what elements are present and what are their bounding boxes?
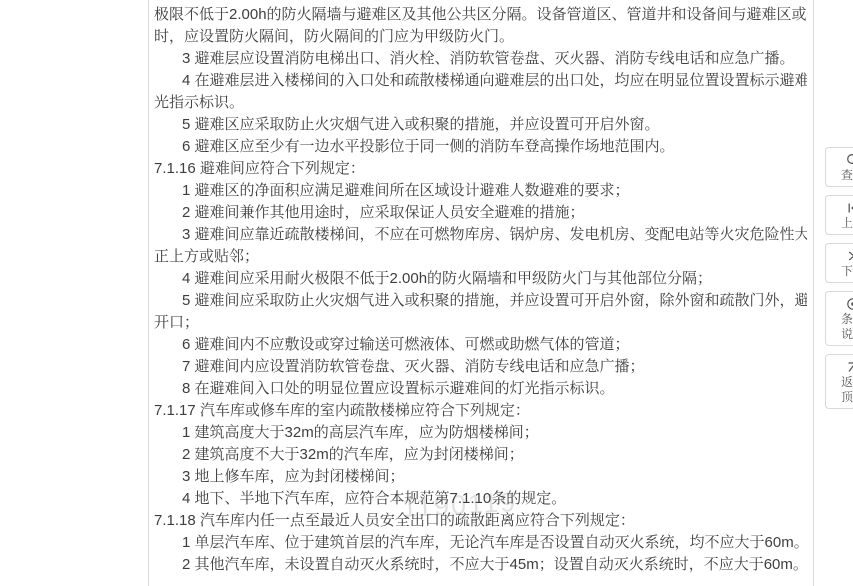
document-line: 正上方或贴邻； [154, 246, 807, 268]
document-line: 极限不低于2.00h的防火隔墙与避难区及其他公共区分隔。设备管道区、管道井和设备… [154, 4, 807, 26]
previous-section-icon [846, 201, 853, 215]
document-line: 4 地下、半地下汽车库，应符合本规范第7.1.10条的规定。 [154, 488, 807, 510]
document-line: 4 避难间应采用耐火极限不低于2.00h的防火隔墙和甲级防火门与其他部位分隔； [154, 268, 807, 290]
back-to-top-button-label-line2: 顶部 [841, 390, 853, 404]
article-notes-button-label-line2: 说明 [841, 327, 853, 341]
document-line: 2 其他汽车库，未设置自动灭火系统时，不应大于45m；设置自动灭火系统时，不应大… [154, 554, 807, 576]
document-line: 7.1.18 汽车库内任一点至最近人员安全出口的疏散距离应符合下列规定： [154, 510, 807, 532]
document-line: 7.1.16 避难间应符合下列规定： [154, 158, 807, 180]
article-notes-button-label-line1: 条文 [841, 312, 853, 326]
document-line: 1 建筑高度大于32m的高层汽车库，应为防烟楼梯间； [154, 422, 807, 444]
back-to-top-icon [846, 360, 853, 374]
back-to-top-button-label-line1: 返回 [841, 375, 853, 389]
eye-icon [846, 297, 853, 311]
document-line: 6 避难间内不应敷设或穿过输送可燃液体、可燃或助燃气体的管道； [154, 334, 807, 356]
document-line: 3 避难层应设置消防电梯出口、消火栓、消防软管卷盘、灭火器、消防专线电话和应急广… [154, 48, 807, 70]
article-notes-button[interactable]: 条文 说明 [825, 291, 853, 346]
find-button[interactable]: 查找 [825, 147, 853, 187]
document-line: 时，应设置防火隔间，防火隔间的门应为甲级防火门。 [154, 26, 807, 48]
next-section-button-label: 下节 [841, 264, 853, 278]
document-line: 1 单层汽车库、位于建筑首层的汽车库，无论汽车库是否设置自动灭火系统，均不应大于… [154, 532, 807, 554]
document-line: 5 避难间应采取防止火灾烟气进入或积聚的措施，并应设置可开启外窗，除外窗和疏散门… [154, 290, 807, 312]
back-to-top-button[interactable]: 返回 顶部 [825, 354, 853, 409]
document-line: 开口； [154, 312, 807, 334]
document-line: 8 在避难间入口处的明显位置应设置标示避难间的灯光指示标识。 [154, 378, 807, 400]
previous-section-button-label: 上节 [841, 216, 853, 230]
document-line: 1 避难区的净面积应满足避难间所在区域设计避难人数避难的要求； [154, 180, 807, 202]
document-line: 6 避难区应至少有一边水平投影位于同一侧的消防车登高操作场地范围内。 [154, 136, 807, 158]
next-section-icon [846, 249, 853, 263]
tool-rail: 查找 上节 下节 条文 说明 [825, 147, 853, 409]
next-section-button[interactable]: 下节 [825, 243, 853, 283]
document-line: 光指示标识。 [154, 92, 807, 114]
previous-section-button[interactable]: 上节 [825, 195, 853, 235]
document-content: 极限不低于2.00h的防火隔墙与避难区及其他公共区分隔。设备管道区、管道井和设备… [148, 0, 814, 586]
document-reader-page: { "page": { "watermark": "1190119" }, "d… [0, 0, 853, 586]
document-line: 4 在避难层进入楼梯间的入口处和疏散楼梯通向避难层的出口处，均应在明显位置设置标… [154, 70, 807, 92]
document-line: 2 建筑高度不大于32m的汽车库，应为封闭楼梯间； [154, 444, 807, 466]
search-icon [846, 153, 853, 167]
document-line: 3 地上修车库，应为封闭楼梯间； [154, 466, 807, 488]
document-line: 3 避难间应靠近疏散楼梯间，不应在可燃物库房、锅炉房、发电机房、变配电站等火灾危… [154, 224, 807, 246]
find-button-label: 查找 [841, 168, 853, 182]
document-line: 7.1.17 汽车库或修车库的室内疏散楼梯应符合下列规定： [154, 400, 807, 422]
document-line: 5 避难区应采取防止火灾烟气进入或积聚的措施，并应设置可开启外窗。 [154, 114, 807, 136]
document-line: 2 避难间兼作其他用途时，应采取保证人员安全避难的措施； [154, 202, 807, 224]
document-line: 7 避难间内应设置消防软管卷盘、灭火器、消防专线电话和应急广播； [154, 356, 807, 378]
